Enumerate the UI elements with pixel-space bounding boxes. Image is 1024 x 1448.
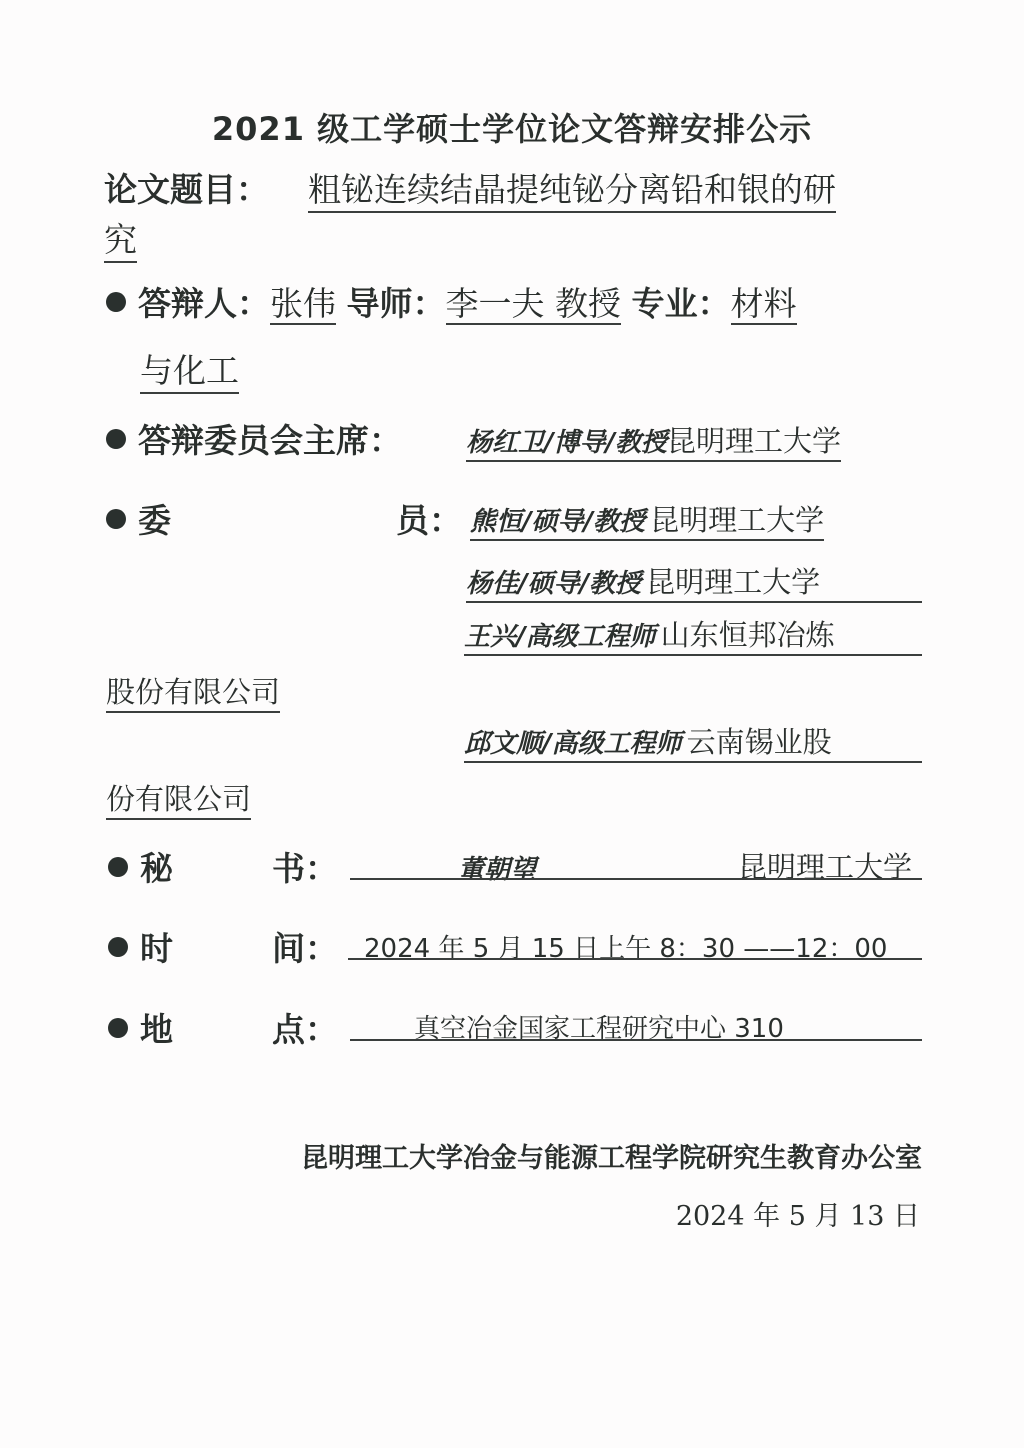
bullet-icon [108, 857, 128, 877]
member-row-2: 杨佳/硕导/教授 昆明理工大学 [466, 560, 922, 603]
chair-name-title: 杨红卫/博导/教授 [466, 428, 667, 458]
advisor-label: 导师： [347, 284, 446, 323]
issuer: 昆明理工大学冶金与能源工程学院研究生教育办公室 [301, 1136, 922, 1175]
member-affiliation: 昆明理工大学 [646, 565, 820, 599]
major-label: 专业： [632, 284, 731, 323]
member-row-1: 熊恒/硕导/教授 昆明理工大学 [470, 498, 824, 541]
time-underline [348, 958, 922, 960]
thesis-title-line2: 究 [104, 214, 137, 263]
bullet-icon [106, 292, 126, 312]
member-4-affiliation-cont: 份有限公司 [106, 777, 251, 820]
time-label-right: 间： [272, 923, 338, 970]
issue-date: 2024 年 5 月 13 日 [676, 1194, 920, 1233]
secretary-label-left: 秘 [108, 843, 173, 890]
bullet-icon [106, 429, 126, 449]
chair-label: 答辩委员会主席： [138, 421, 402, 460]
member-row-3: 王兴/高级工程师 山东恒邦冶炼 [464, 613, 922, 656]
place-label-right: 点： [272, 1004, 338, 1051]
bullet-icon [106, 509, 126, 529]
members-label-left: 委 [106, 495, 171, 542]
chair-row: 答辩委员会主席： [106, 415, 402, 462]
chair-value: 杨红卫/博导/教授昆明理工大学 [466, 419, 841, 462]
member-name-title: 王兴/高级工程师 [464, 622, 656, 652]
secretary-label-right: 书： [272, 843, 338, 890]
secretary-name: 董朝望 [458, 849, 536, 886]
member-name-title: 邱文顺/高级工程师 [464, 729, 682, 759]
member-name-title: 杨佳/硕导/教授 [466, 569, 641, 599]
secretary-underline [350, 878, 922, 880]
chair-affiliation: 昆明理工大学 [667, 424, 841, 458]
member-name-title: 熊恒/硕导/教授 [470, 507, 645, 537]
place-label-left: 地 [108, 1004, 173, 1051]
time-label-left: 时 [108, 923, 173, 970]
member-affiliation: 昆明理工大学 [650, 503, 824, 537]
members-label-right: 员： [396, 495, 462, 542]
bullet-icon [108, 937, 128, 957]
document-title: 2021 级工学硕士学位论文答辩安排公示 [0, 104, 1024, 150]
advisor-name: 李一夫 教授 [446, 284, 622, 325]
thesis-title-line1: 粗铋连续结晶提纯铋分离铅和银的研 [308, 164, 836, 213]
member-3-affiliation-cont: 股份有限公司 [106, 670, 280, 713]
thesis-label: 论文题目： [104, 164, 269, 211]
place-underline [350, 1039, 922, 1041]
member-affiliation: 山东恒邦冶炼 [661, 618, 835, 652]
member-row-4: 邱文顺/高级工程师 云南锡业股 [464, 720, 922, 763]
major-value-line2: 与化工 [140, 345, 239, 394]
major-value-line1: 材料 [731, 284, 797, 325]
bullet-icon [108, 1018, 128, 1038]
defender-row: 答辩人：张伟 导师：李一夫 教授 专业：材料 [106, 278, 797, 325]
member-affiliation: 云南锡业股 [687, 725, 832, 759]
defender-label: 答辩人： [138, 284, 270, 323]
defender-name: 张伟 [270, 284, 336, 325]
